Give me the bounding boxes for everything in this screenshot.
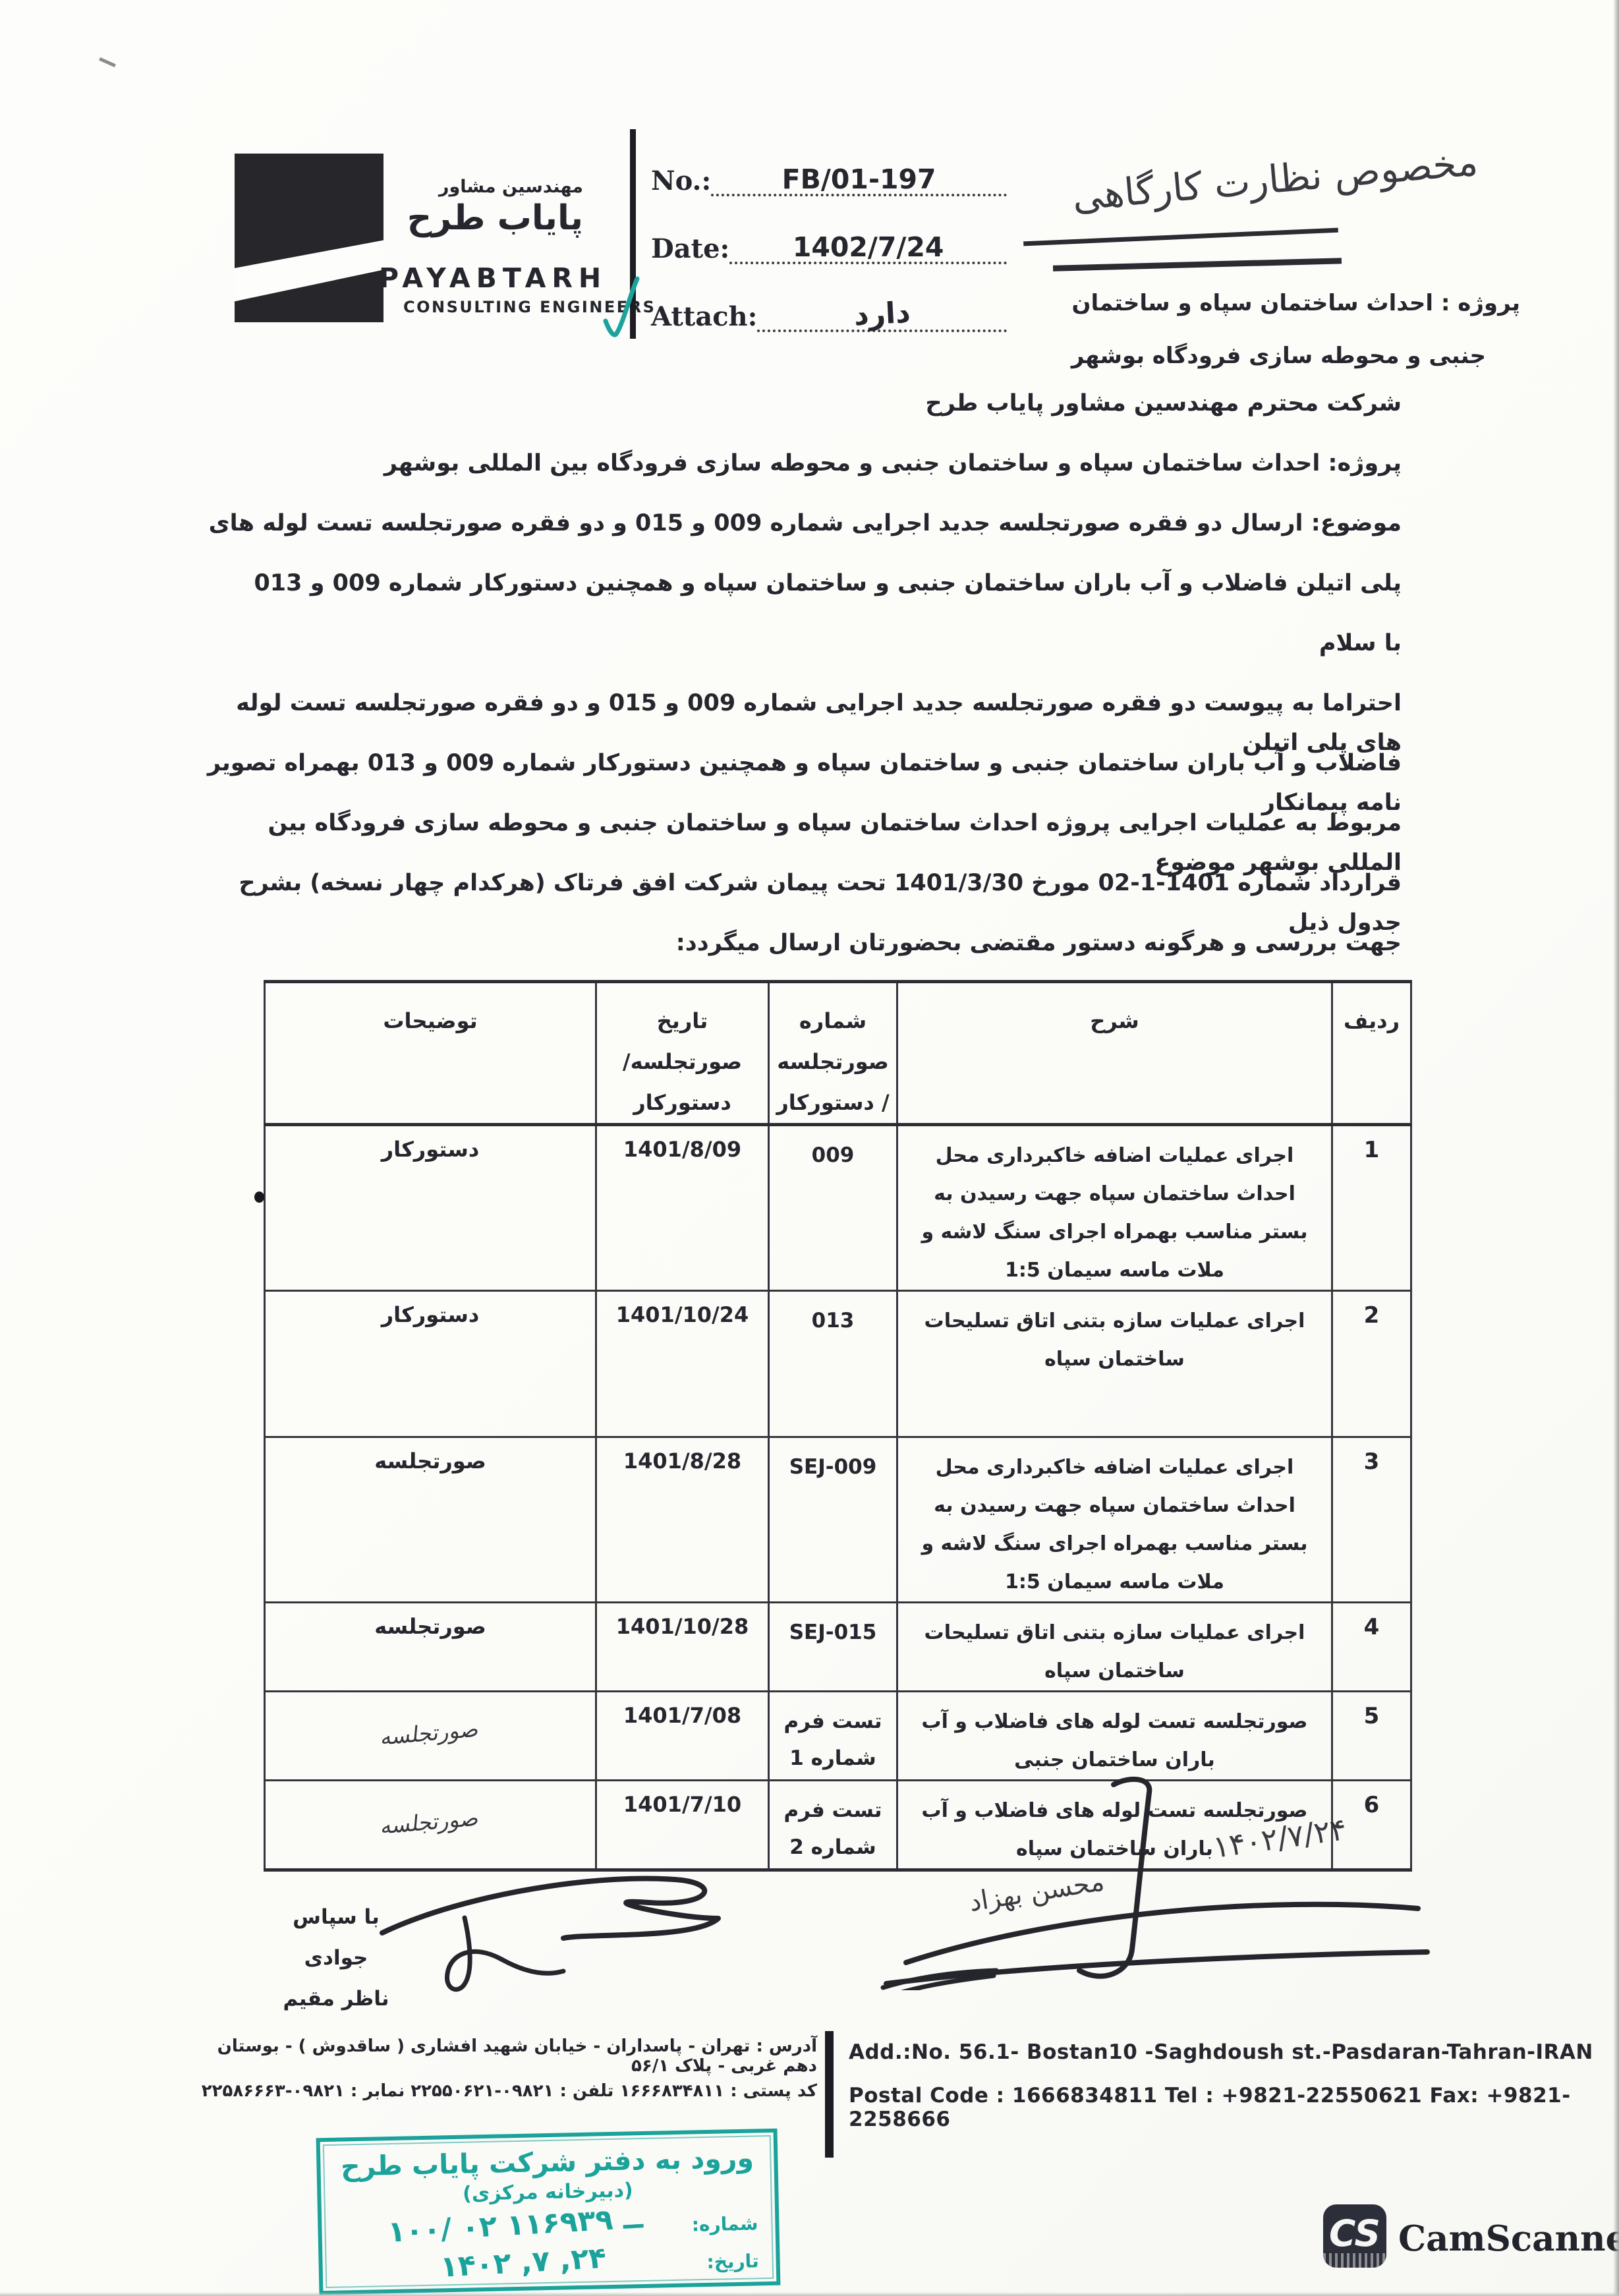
col-header-date: تاریخ صورتجلسه/ دستورکار <box>596 982 769 1125</box>
row-doc-type: صورتجلسه <box>265 1603 596 1692</box>
company-name-farsi: مهندسین مشاور پایاب طرح <box>395 177 583 238</box>
footer-address-english: Add.:No. 56.1- Bostan10 -Saghdoush st.-P… <box>849 2040 1613 2064</box>
row-doc-number: 013 <box>769 1291 897 1437</box>
paragraph-line-1: احتراما به پیوست دو فقره صورتجلسه جدید ا… <box>198 683 1402 743</box>
paragraph-line-2: فاضلاب و آب باران ساختمان جنبی و ساختمان… <box>198 743 1402 803</box>
stamp-number-line: شماره: ۱۰۰/ ۰۲ ــ ۱۱۶۹۳۹ <box>322 2203 776 2246</box>
supervisor-title: ناظر مقیم <box>277 1978 395 2019</box>
paragraph-line-4: قرارداد شماره 1401-1-02 مورخ 1401/3/30 ت… <box>198 863 1402 923</box>
resident-engineer-signature <box>870 1766 1450 1990</box>
stamp-date-label: تاریخ: <box>706 2250 759 2273</box>
project-header: پروژه : احداث ساختمان سپاه و ساختمان جنب… <box>967 277 1520 382</box>
stamp-number-label: شماره: <box>691 2212 758 2235</box>
table-row: 4 اجرای عملیات سازه بتنی اتاق تسلیحات سا… <box>265 1603 1411 1692</box>
row-doc-type-handwritten: صورتجلسه <box>265 1692 596 1781</box>
company-name-fa-small: مهندسین مشاور <box>395 177 583 197</box>
site-supervision-note: مخصوص نظارت کارگاهی <box>1017 134 1533 224</box>
no-value: FB/01-197 <box>711 165 1007 196</box>
footer-contact-farsi: کد پستی : ۱۶۶۶۸۳۴۸۱۱ تلفن : ۰۹۸۲۱-۲۲۵۵۰۶… <box>191 2081 817 2101</box>
ref-no-row: No.: FB/01-197 <box>651 150 1007 196</box>
row-doc-date: 1401/8/09 <box>596 1125 769 1291</box>
row-description: اجرای عملیات اضافه خاکبرداری محل احداث س… <box>897 1125 1332 1291</box>
stamp-number-value: ۱۰۰/ ۰۲ ــ ۱۱۶۹۳۹ <box>338 2198 692 2252</box>
paragraph-line-5: جهت بررسی و هرگونه دستور مقتضی بحضورتان … <box>198 923 1402 983</box>
stamp-date-line: تاریخ: ۱۴۰۲ ,۷ ,۲۴ <box>322 2241 776 2283</box>
project-header-line2: جنبی و محوطه سازی فرودگاه بوشهر <box>967 330 1520 382</box>
table-row: 1 اجرای عملیات اضافه خاکبرداری محل احداث… <box>265 1125 1411 1291</box>
letter-body: شرکت محترم مهندسین مشاور پایاب طرح پروژه… <box>198 384 1402 983</box>
ref-fields-block: No.: FB/01-197 Date: 1402/7/24 Attach: د… <box>651 150 1007 354</box>
row-doc-number: SEJ-009 <box>769 1437 897 1603</box>
date-value: 1402/7/24 <box>729 233 1007 264</box>
row-number: 4 <box>1332 1603 1411 1692</box>
supervision-underline-2 <box>1053 258 1342 271</box>
ink-dot-artifact <box>254 1191 264 1203</box>
company-name-english: PAYABTARH <box>379 262 607 294</box>
footer-address-farsi: آدرس : تهران - پاسداران - خیابان شهید اف… <box>191 2036 817 2076</box>
stamp-title: ورود به دفتر شرکت پایاب طرح <box>320 2142 774 2183</box>
row-doc-date: 1401/7/08 <box>596 1692 769 1781</box>
no-label: No.: <box>651 165 711 196</box>
paragraph-line-3: مربوط به عملیات اجرایی پروژه احداث ساختم… <box>198 803 1402 863</box>
supervisor-signature-block: با سپاس جوادی ناظر مقیم <box>277 1897 395 2019</box>
row-doc-number: SEJ-015 <box>769 1603 897 1692</box>
scanned-letter-page: مهندسین مشاور پایاب طرح PAYABTARH CONSUL… <box>0 0 1619 2296</box>
date-label: Date: <box>651 233 729 264</box>
office-entry-stamp: ورود به دفتر شرکت پایاب طرح (دبیرخانه مر… <box>316 2129 781 2295</box>
salutation: با سلام <box>198 623 1402 683</box>
row-doc-date: 1401/10/28 <box>596 1603 769 1692</box>
row-doc-number: 009 <box>769 1125 897 1291</box>
row-number: 1 <box>1332 1125 1411 1291</box>
attachments-table: ردیف شرح شماره صورتجلسه / دستورکار تاریخ… <box>264 980 1412 1872</box>
footer-divider <box>825 2031 834 2158</box>
logo-swoosh-shape <box>235 227 383 305</box>
ref-attach-row: Attach: دارد <box>651 286 1007 332</box>
row-doc-type: صورتجلسه <box>265 1437 596 1603</box>
scan-speck-artifact <box>99 57 116 67</box>
stamp-subtitle: (دبیرخانه مرکزی) <box>321 2176 775 2208</box>
row-description: اجرای عملیات سازه بتنی اتاق تسلیحات ساخت… <box>897 1603 1332 1692</box>
green-checkmark-icon <box>596 273 656 346</box>
camscanner-badge-icon: CS <box>1323 2204 1386 2268</box>
stamp-date-value: ۱۴۰۲ ,۷ ,۲۴ <box>339 2235 708 2289</box>
company-name-fa-large: پایاب طرح <box>395 198 583 238</box>
payabtarh-logo-icon <box>235 154 383 322</box>
col-header-row-number: ردیف <box>1332 982 1411 1125</box>
row-description: اجرای عملیات سازه بتنی اتاق تسلیحات ساخت… <box>897 1291 1332 1437</box>
row-number: 3 <box>1332 1437 1411 1603</box>
supervisor-signature <box>366 1855 761 2007</box>
row-number: 2 <box>1332 1291 1411 1437</box>
table-row: 3 اجرای عملیات اضافه خاکبرداری محل احداث… <box>265 1437 1411 1603</box>
row-doc-date: 1401/10/24 <box>596 1291 769 1437</box>
attach-handwritten-value: دارد <box>853 298 911 331</box>
project-header-line1: پروژه : احداث ساختمان سپاه و ساختمان <box>967 277 1520 330</box>
supervisor-name: جوادی <box>277 1937 395 1978</box>
recipient-line: شرکت محترم مهندسین مشاور پایاب طرح <box>198 384 1402 444</box>
row-description: اجرای عملیات اضافه خاکبرداری محل احداث س… <box>897 1437 1332 1603</box>
row-doc-type: دستورکار <box>265 1291 596 1437</box>
table-row: 2 اجرای عملیات سازه بتنی اتاق تسلیحات سا… <box>265 1291 1411 1437</box>
col-header-number: شماره صورتجلسه / دستورکار <box>769 982 897 1125</box>
project-line: پروژه: احداث ساختمان سپاه و ساختمان جنبی… <box>198 444 1402 503</box>
row-doc-date: 1401/8/28 <box>596 1437 769 1603</box>
signature-greeting: با سپاس <box>277 1897 395 1937</box>
camscanner-watermark: CamScanner <box>1398 2218 1619 2259</box>
subject-line-2: پلی اتیلن فاضلاب و آب باران ساختمان جنبی… <box>198 563 1402 623</box>
table-header-row: ردیف شرح شماره صورتجلسه / دستورکار تاریخ… <box>265 982 1411 1125</box>
footer-contact-english: Postal Code : 1666834811 Tel : +9821-225… <box>849 2084 1613 2131</box>
subject-line-1: موضوع: ارسال دو فقره صورتجلسه جدید اجرای… <box>198 503 1402 563</box>
supervision-underline-1 <box>1023 228 1338 246</box>
row-doc-type: دستورکار <box>265 1125 596 1291</box>
attach-label: Attach: <box>651 301 757 332</box>
ref-date-row: Date: 1402/7/24 <box>651 218 1007 264</box>
col-header-description: شرح <box>897 982 1332 1125</box>
col-header-notes: توضیحات <box>265 982 596 1125</box>
scan-edge-shadow-bottom <box>0 2292 1619 2296</box>
scan-edge-shadow-right <box>1613 0 1619 2296</box>
